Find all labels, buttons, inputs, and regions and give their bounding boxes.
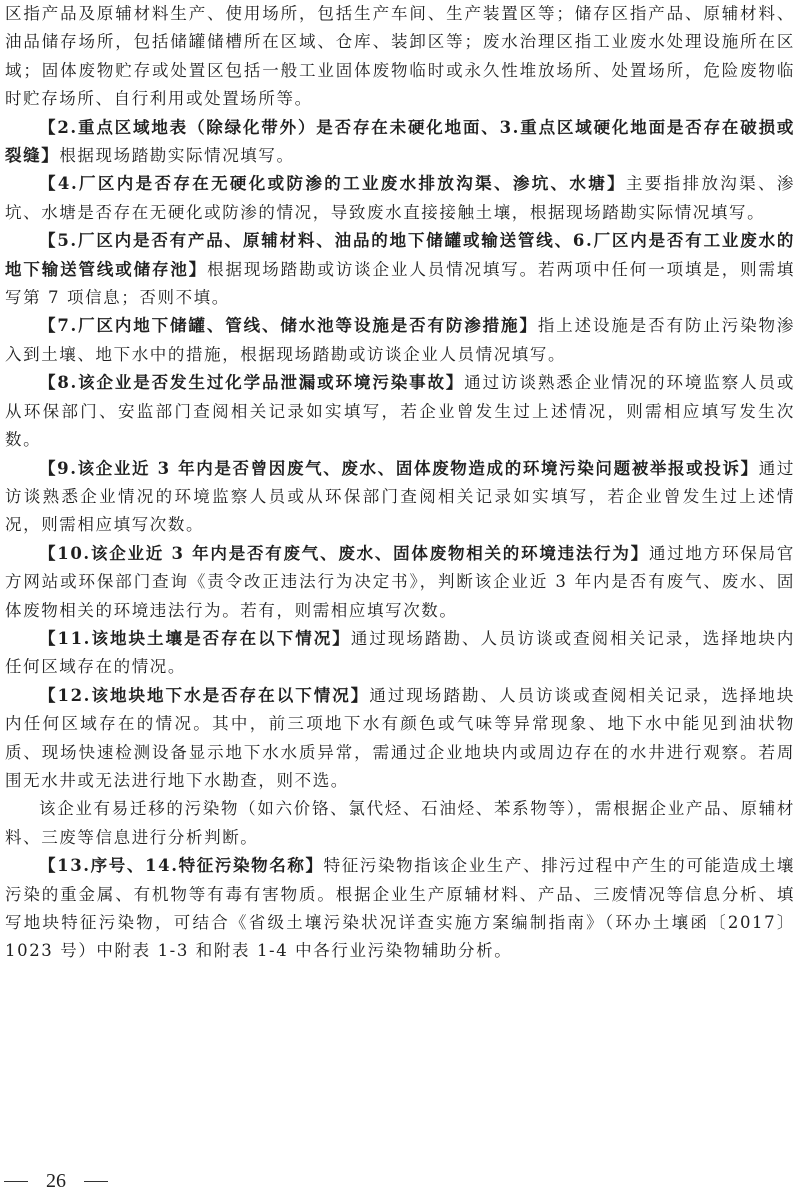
page-footer: 26 [4, 1170, 108, 1193]
paragraph-text: 根据现场踏勘实际情况填写。 [59, 146, 294, 165]
footer-dash-left [4, 1181, 28, 1183]
item-heading: 【11.该地块土壤是否存在以下情况】 [39, 629, 351, 648]
item-heading: 【9.该企业近 3 年内是否曾因废气、废水、固体废物造成的环境污染问题被举报或投… [39, 459, 759, 478]
paragraph-1: 区指产品及原辅材料生产、使用场所，包括生产车间、生产装置区等；储存区指产品、原辅… [5, 0, 795, 114]
page-number: 26 [46, 1170, 66, 1193]
paragraph-9: 【11.该地块土壤是否存在以下情况】通过现场踏勘、人员访谈或查阅相关记录，选择地… [5, 625, 795, 682]
item-heading: 【4.厂区内是否存在无硬化或防渗的工业废水排放沟渠、渗坑、水塘】 [39, 174, 626, 193]
paragraph-7: 【9.该企业近 3 年内是否曾因废气、废水、固体废物造成的环境污染问题被举报或投… [5, 455, 795, 540]
paragraph-text: 区指产品及原辅材料生产、使用场所，包括生产车间、生产装置区等；储存区指产品、原辅… [5, 4, 795, 108]
item-heading: 【10.该企业近 3 年内是否有废气、废水、固体废物相关的环境违法行为】 [39, 544, 649, 563]
item-heading: 【13.序号、14.特征污染物名称】 [39, 856, 324, 875]
paragraph-3: 【4.厂区内是否存在无硬化或防渗的工业废水排放沟渠、渗坑、水塘】主要指排放沟渠、… [5, 170, 795, 227]
paragraph-5: 【7.厂区内地下储罐、管线、储水池等设施是否有防渗措施】指上述设施是否有防止污染… [5, 312, 795, 369]
footer-dash-right [84, 1181, 108, 1183]
paragraph-11: 该企业有易迁移的污染物（如六价铬、氯代烃、石油烃、苯系物等），需根据企业产品、原… [5, 795, 795, 852]
item-heading: 【7.厂区内地下储罐、管线、储水池等设施是否有防渗措施】 [39, 316, 538, 335]
item-heading: 【12.该地块地下水是否存在以下情况】 [39, 686, 369, 705]
document-body: 区指产品及原辅材料生产、使用场所，包括生产车间、生产装置区等；储存区指产品、原辅… [5, 0, 795, 966]
paragraph-10: 【12.该地块地下水是否存在以下情况】通过现场踏勘、人员访谈或查阅相关记录，选择… [5, 682, 795, 796]
paragraph-6: 【8.该企业是否发生过化学品泄漏或环境污染事故】通过访谈熟悉企业情况的环境监察人… [5, 369, 795, 454]
paragraph-8: 【10.该企业近 3 年内是否有废气、废水、固体废物相关的环境违法行为】通过地方… [5, 540, 795, 625]
paragraph-4: 【5.厂区内是否有产品、原辅材料、油品的地下储罐或输送管线、6.厂区内是否有工业… [5, 227, 795, 312]
item-heading: 【8.该企业是否发生过化学品泄漏或环境污染事故】 [39, 373, 464, 392]
paragraph-2: 【2.重点区域地表（除绿化带外）是否存在未硬化地面、3.重点区域硬化地面是否存在… [5, 114, 795, 171]
paragraph-12: 【13.序号、14.特征污染物名称】特征污染物指该企业生产、排污过程中产生的可能… [5, 852, 795, 966]
paragraph-text: 该企业有易迁移的污染物（如六价铬、氯代烃、石油烃、苯系物等），需根据企业产品、原… [5, 799, 795, 846]
